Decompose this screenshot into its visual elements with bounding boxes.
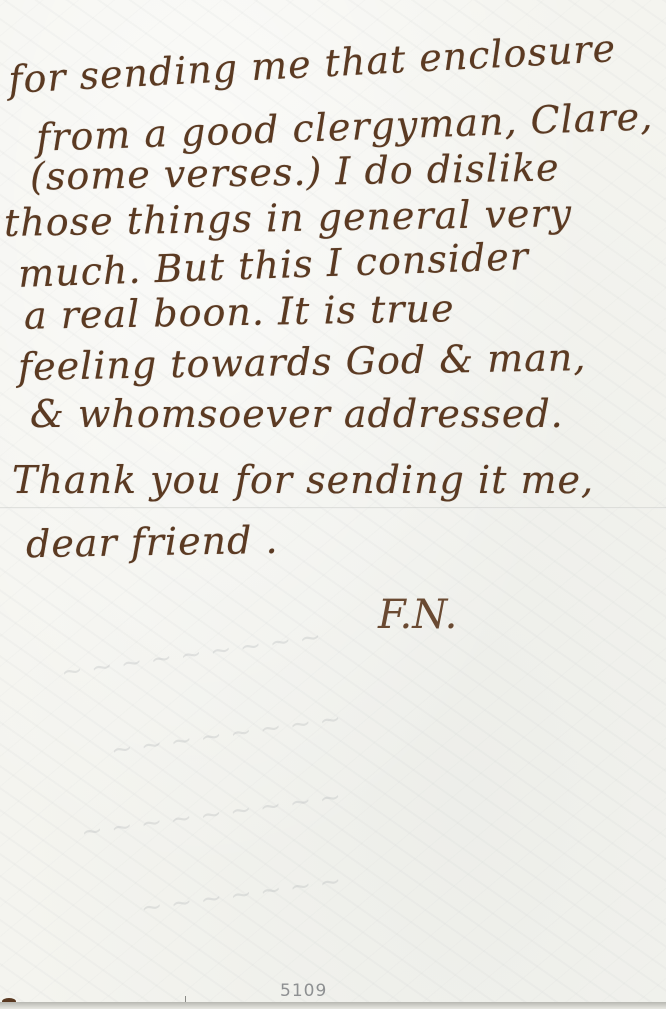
fold-line: [0, 507, 666, 509]
letter-line-9: Thank you for sending it me,: [12, 458, 594, 502]
letter-line-1: for sending me that enclosure: [7, 26, 617, 102]
bleed-through-text: ~ ~ ~ ~ ~ ~ ~ ~ ~: [59, 622, 323, 688]
letter-line-3: (some verses.) I do dislike: [30, 145, 560, 198]
bleed-through-text: ~ ~ ~ ~ ~ ~ ~: [139, 866, 343, 924]
bleed-through-text: ~ ~ ~ ~ ~ ~ ~ ~ ~: [79, 782, 343, 848]
letter-line-6: a real boon. It is true: [24, 286, 455, 338]
letter-line-7: feeling towards God & man,: [18, 335, 587, 389]
page-bottom-edge: [0, 1002, 666, 1009]
letter-line-10: dear friend .: [26, 518, 279, 566]
letter-page: ~ ~ ~ ~ ~ ~ ~ ~ ~ ~ ~ ~ ~ ~ ~ ~ ~ ~ ~ ~ …: [0, 0, 666, 1009]
signature-initials: F.N.: [378, 592, 457, 638]
archive-number: 5109: [280, 981, 327, 1001]
bleed-through-text: ~ ~ ~ ~ ~ ~ ~ ~: [109, 704, 343, 766]
letter-line-8: & whomsoever addressed.: [30, 392, 564, 436]
